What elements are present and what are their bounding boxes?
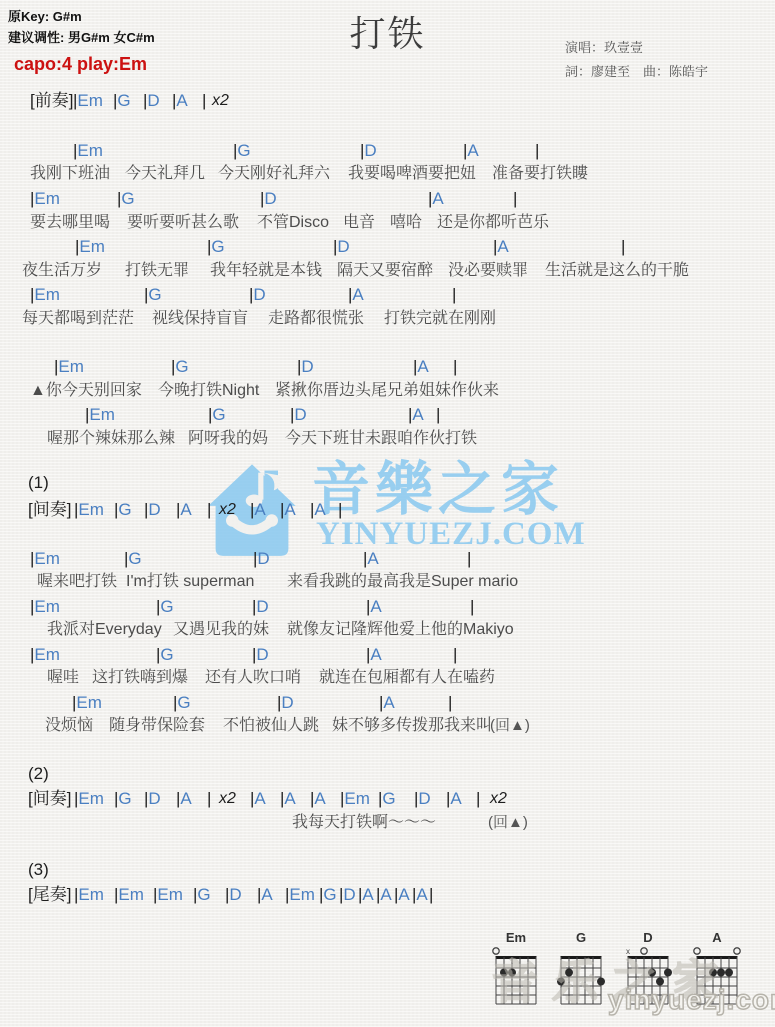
svg-text:x: x [626,947,630,956]
chord-diagram-g: G [557,930,605,1019]
svg-text:A: A [712,930,722,945]
chord-diagram-em: Em [492,930,540,1019]
chord-diagram-d: Dx [624,930,672,1019]
chord-sheet-page: 原Key: G#m 建议调性: 男G#m 女C#m capo:4 play:Em… [0,0,775,1027]
chord-diagrams: EmGDxA [0,0,775,1027]
svg-text:D: D [643,930,652,945]
svg-text:G: G [576,930,586,945]
svg-text:Em: Em [506,930,526,945]
chord-diagram-a: A [693,930,741,1019]
